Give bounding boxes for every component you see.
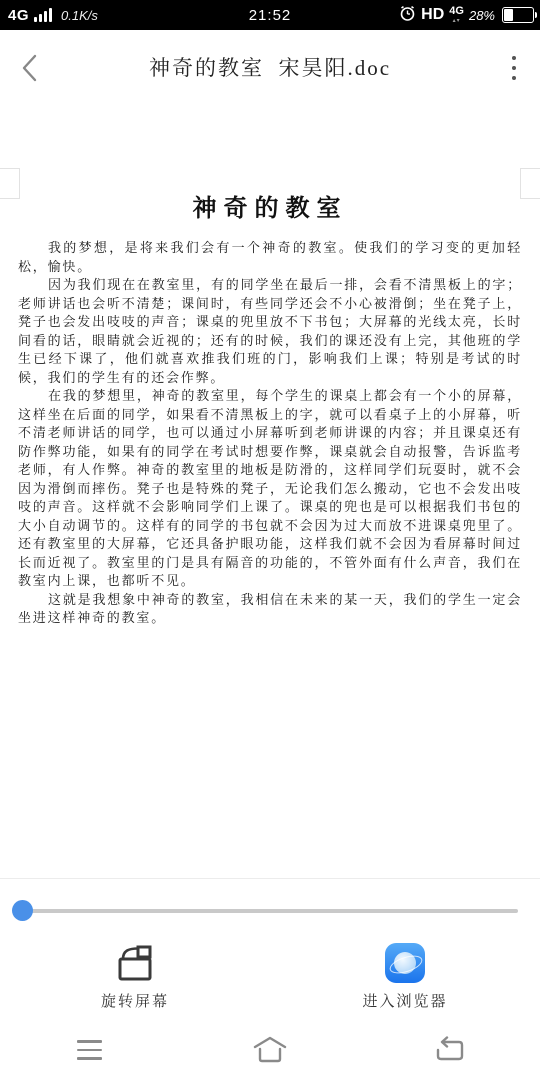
menu-icon bbox=[77, 1040, 102, 1060]
rotate-screen-icon bbox=[114, 942, 156, 984]
document-heading: 神奇的教室 bbox=[18, 188, 522, 223]
document-paragraph: 因为我们现在在教室里，有的同学坐在最后一排，会看不清黑板上的字；老师讲话也会听不… bbox=[18, 276, 522, 387]
page-bottom-edge bbox=[0, 878, 540, 879]
return-arrow-icon bbox=[433, 1036, 467, 1064]
dot-icon bbox=[512, 66, 516, 70]
home-icon bbox=[252, 1035, 288, 1065]
dot-icon bbox=[512, 56, 516, 60]
alarm-icon bbox=[399, 5, 416, 25]
document-page: 神奇的教室 我的梦想，是将来我们会有一个神奇的教室。使我们的学习变的更加轻松，愉… bbox=[18, 188, 522, 628]
slider-track[interactable] bbox=[22, 909, 518, 913]
overflow-menu-button[interactable] bbox=[502, 48, 526, 88]
recents-menu-button[interactable] bbox=[0, 1020, 180, 1080]
page-progress-slider[interactable] bbox=[0, 892, 540, 930]
battery-percent-label: 28% bbox=[469, 8, 495, 23]
document-view[interactable]: 神奇的教室 我的梦想，是将来我们会有一个神奇的教室。使我们的学习变的更加轻松，愉… bbox=[0, 104, 540, 880]
mobile-data-badge: 4G ▴▾ bbox=[449, 6, 464, 24]
back-nav-button[interactable] bbox=[360, 1020, 540, 1080]
chevron-left-icon bbox=[16, 50, 46, 86]
open-in-browser-label: 进入浏览器 bbox=[362, 990, 447, 1011]
status-right: HD 4G ▴▾ 28% bbox=[399, 0, 534, 30]
slider-thumb[interactable] bbox=[12, 900, 33, 921]
document-paragraph: 我的梦想，是将来我们会有一个神奇的教室。使我们的学习变的更加轻松，愉快。 bbox=[18, 239, 522, 276]
rotate-screen-label: 旋转屏幕 bbox=[101, 990, 169, 1011]
data-arrows-icon: ▴▾ bbox=[453, 18, 461, 24]
page-corner-left bbox=[0, 168, 20, 199]
home-button[interactable] bbox=[180, 1020, 360, 1080]
rotate-screen-button[interactable]: 旋转屏幕 bbox=[0, 930, 270, 1020]
document-paragraph: 在我的梦想里，神奇的教室里，每个学生的课桌上都会有一个小的屏幕，这样坐在后面的同… bbox=[18, 387, 522, 591]
navigation-bar bbox=[0, 1020, 540, 1080]
title-bar: 神奇的教室 宋昊阳.doc bbox=[0, 30, 540, 105]
document-paragraph: 这就是我想象中神奇的教室，我相信在未来的某一天，我们的学生一定会坐进这样神奇的教… bbox=[18, 591, 522, 628]
phone-screen: 4G 0.1K/s 21:52 HD 4G ▴▾ 28% bbox=[0, 0, 540, 1080]
browser-app-icon bbox=[384, 942, 426, 984]
back-button[interactable] bbox=[16, 50, 46, 86]
page-corner-right bbox=[520, 168, 540, 199]
dot-icon bbox=[512, 76, 516, 80]
open-in-browser-button[interactable]: 进入浏览器 bbox=[270, 930, 540, 1020]
mobile-data-type: 4G bbox=[449, 6, 464, 17]
status-bar: 4G 0.1K/s 21:52 HD 4G ▴▾ 28% bbox=[0, 0, 540, 30]
battery-icon bbox=[502, 7, 534, 23]
hd-voice-icon: HD bbox=[421, 6, 444, 24]
bottom-toolbar: 旋转屏幕 进入浏览器 bbox=[0, 930, 540, 1020]
document-filename-title: 神奇的教室 宋昊阳.doc bbox=[60, 52, 480, 82]
